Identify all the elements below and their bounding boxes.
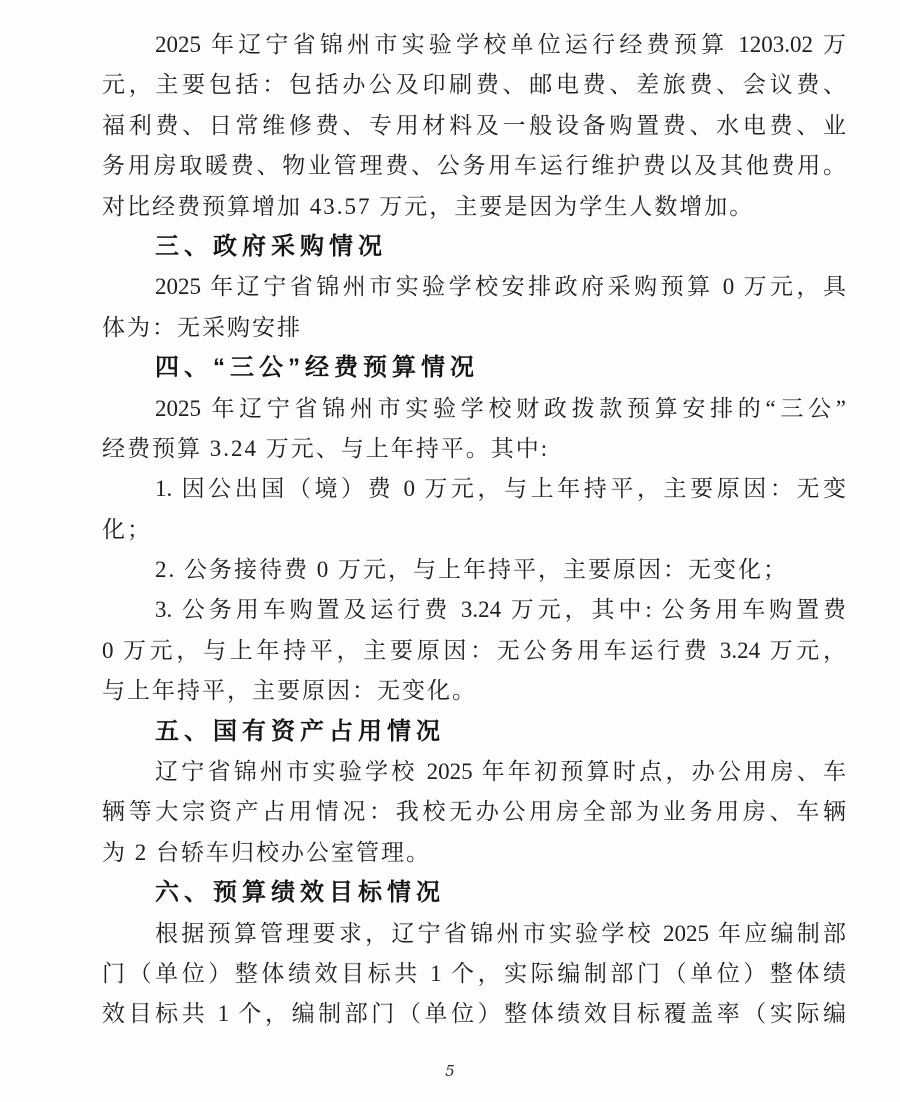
text-line: 务用房取暖费、物业管理费、公务用车运行维护费以及其他费用。 bbox=[102, 146, 846, 186]
text-line: 2. 公务接待费 0 万元，与上年持平，主要原因：无变化； bbox=[102, 550, 846, 590]
text-line: 3. 公务用车购置及运行费 3.24 万元，其中: 公务用车购置费 bbox=[102, 590, 846, 630]
text-line: 元，主要包括：包括办公及印刷费、邮电费、差旅费、会议费、 bbox=[102, 65, 846, 105]
text-line: 根据预算管理要求，辽宁省锦州市实验学校 2025 年应编制部 bbox=[102, 914, 846, 954]
section-heading-performance-targets: 六、预算绩效目标情况 bbox=[102, 873, 846, 913]
section-heading-government-procurement: 三、政府采购情况 bbox=[102, 227, 846, 267]
text-line: 2025 年辽宁省锦州市实验学校安排政府采购预算 0 万元，具 bbox=[102, 267, 846, 307]
text-line: 体为：无采购安排 bbox=[102, 308, 846, 348]
text-line: 为 2 台轿车归校办公室管理。 bbox=[102, 833, 846, 873]
text-line: 2025 年辽宁省锦州市实验学校财政拨款预算安排的“三公” bbox=[102, 389, 846, 429]
text-line: 对比经费预算增加 43.57 万元，主要是因为学生人数增加。 bbox=[102, 187, 846, 227]
text-line: 效目标共 1 个，编制部门（单位）整体绩效目标覆盖率（实际编 bbox=[102, 994, 846, 1034]
text-line: 2025 年辽宁省锦州市实验学校单位运行经费预算 1203.02 万 bbox=[102, 25, 846, 65]
text-line: 与上年持平，主要原因：无变化。 bbox=[102, 671, 846, 711]
text-line: 化； bbox=[102, 510, 846, 550]
text-line: 1. 因公出国（境）费 0 万元，与上年持平，主要原因：无变 bbox=[102, 469, 846, 509]
text-line: 福利费、日常维修费、专用材料及一般设备购置费、水电费、业 bbox=[102, 106, 846, 146]
document-page: 2025 年辽宁省锦州市实验学校单位运行经费预算 1203.02 万 元，主要包… bbox=[0, 0, 900, 1102]
text-line: 0 万元，与上年持平，主要原因：无公务用车运行费 3.24 万元， bbox=[102, 631, 846, 671]
text-line: 门（单位）整体绩效目标共 1 个，实际编制部门（单位）整体绩 bbox=[102, 954, 846, 994]
section-heading-state-assets: 五、国有资产占用情况 bbox=[102, 712, 846, 752]
text-line: 辆等大宗资产占用情况：我校无办公用房全部为业务用房、车辆 bbox=[102, 792, 846, 832]
text-line: 经费预算 3.24 万元、与上年持平。其中: bbox=[102, 429, 846, 469]
text-line: 辽宁省锦州市实验学校 2025 年年初预算时点，办公用房、车 bbox=[102, 752, 846, 792]
document-body: 2025 年辽宁省锦州市实验学校单位运行经费预算 1203.02 万 元，主要包… bbox=[102, 25, 846, 1035]
section-heading-three-public-funds: 四、“三公”经费预算情况 bbox=[102, 348, 846, 388]
page-number: 5 bbox=[0, 1062, 900, 1080]
